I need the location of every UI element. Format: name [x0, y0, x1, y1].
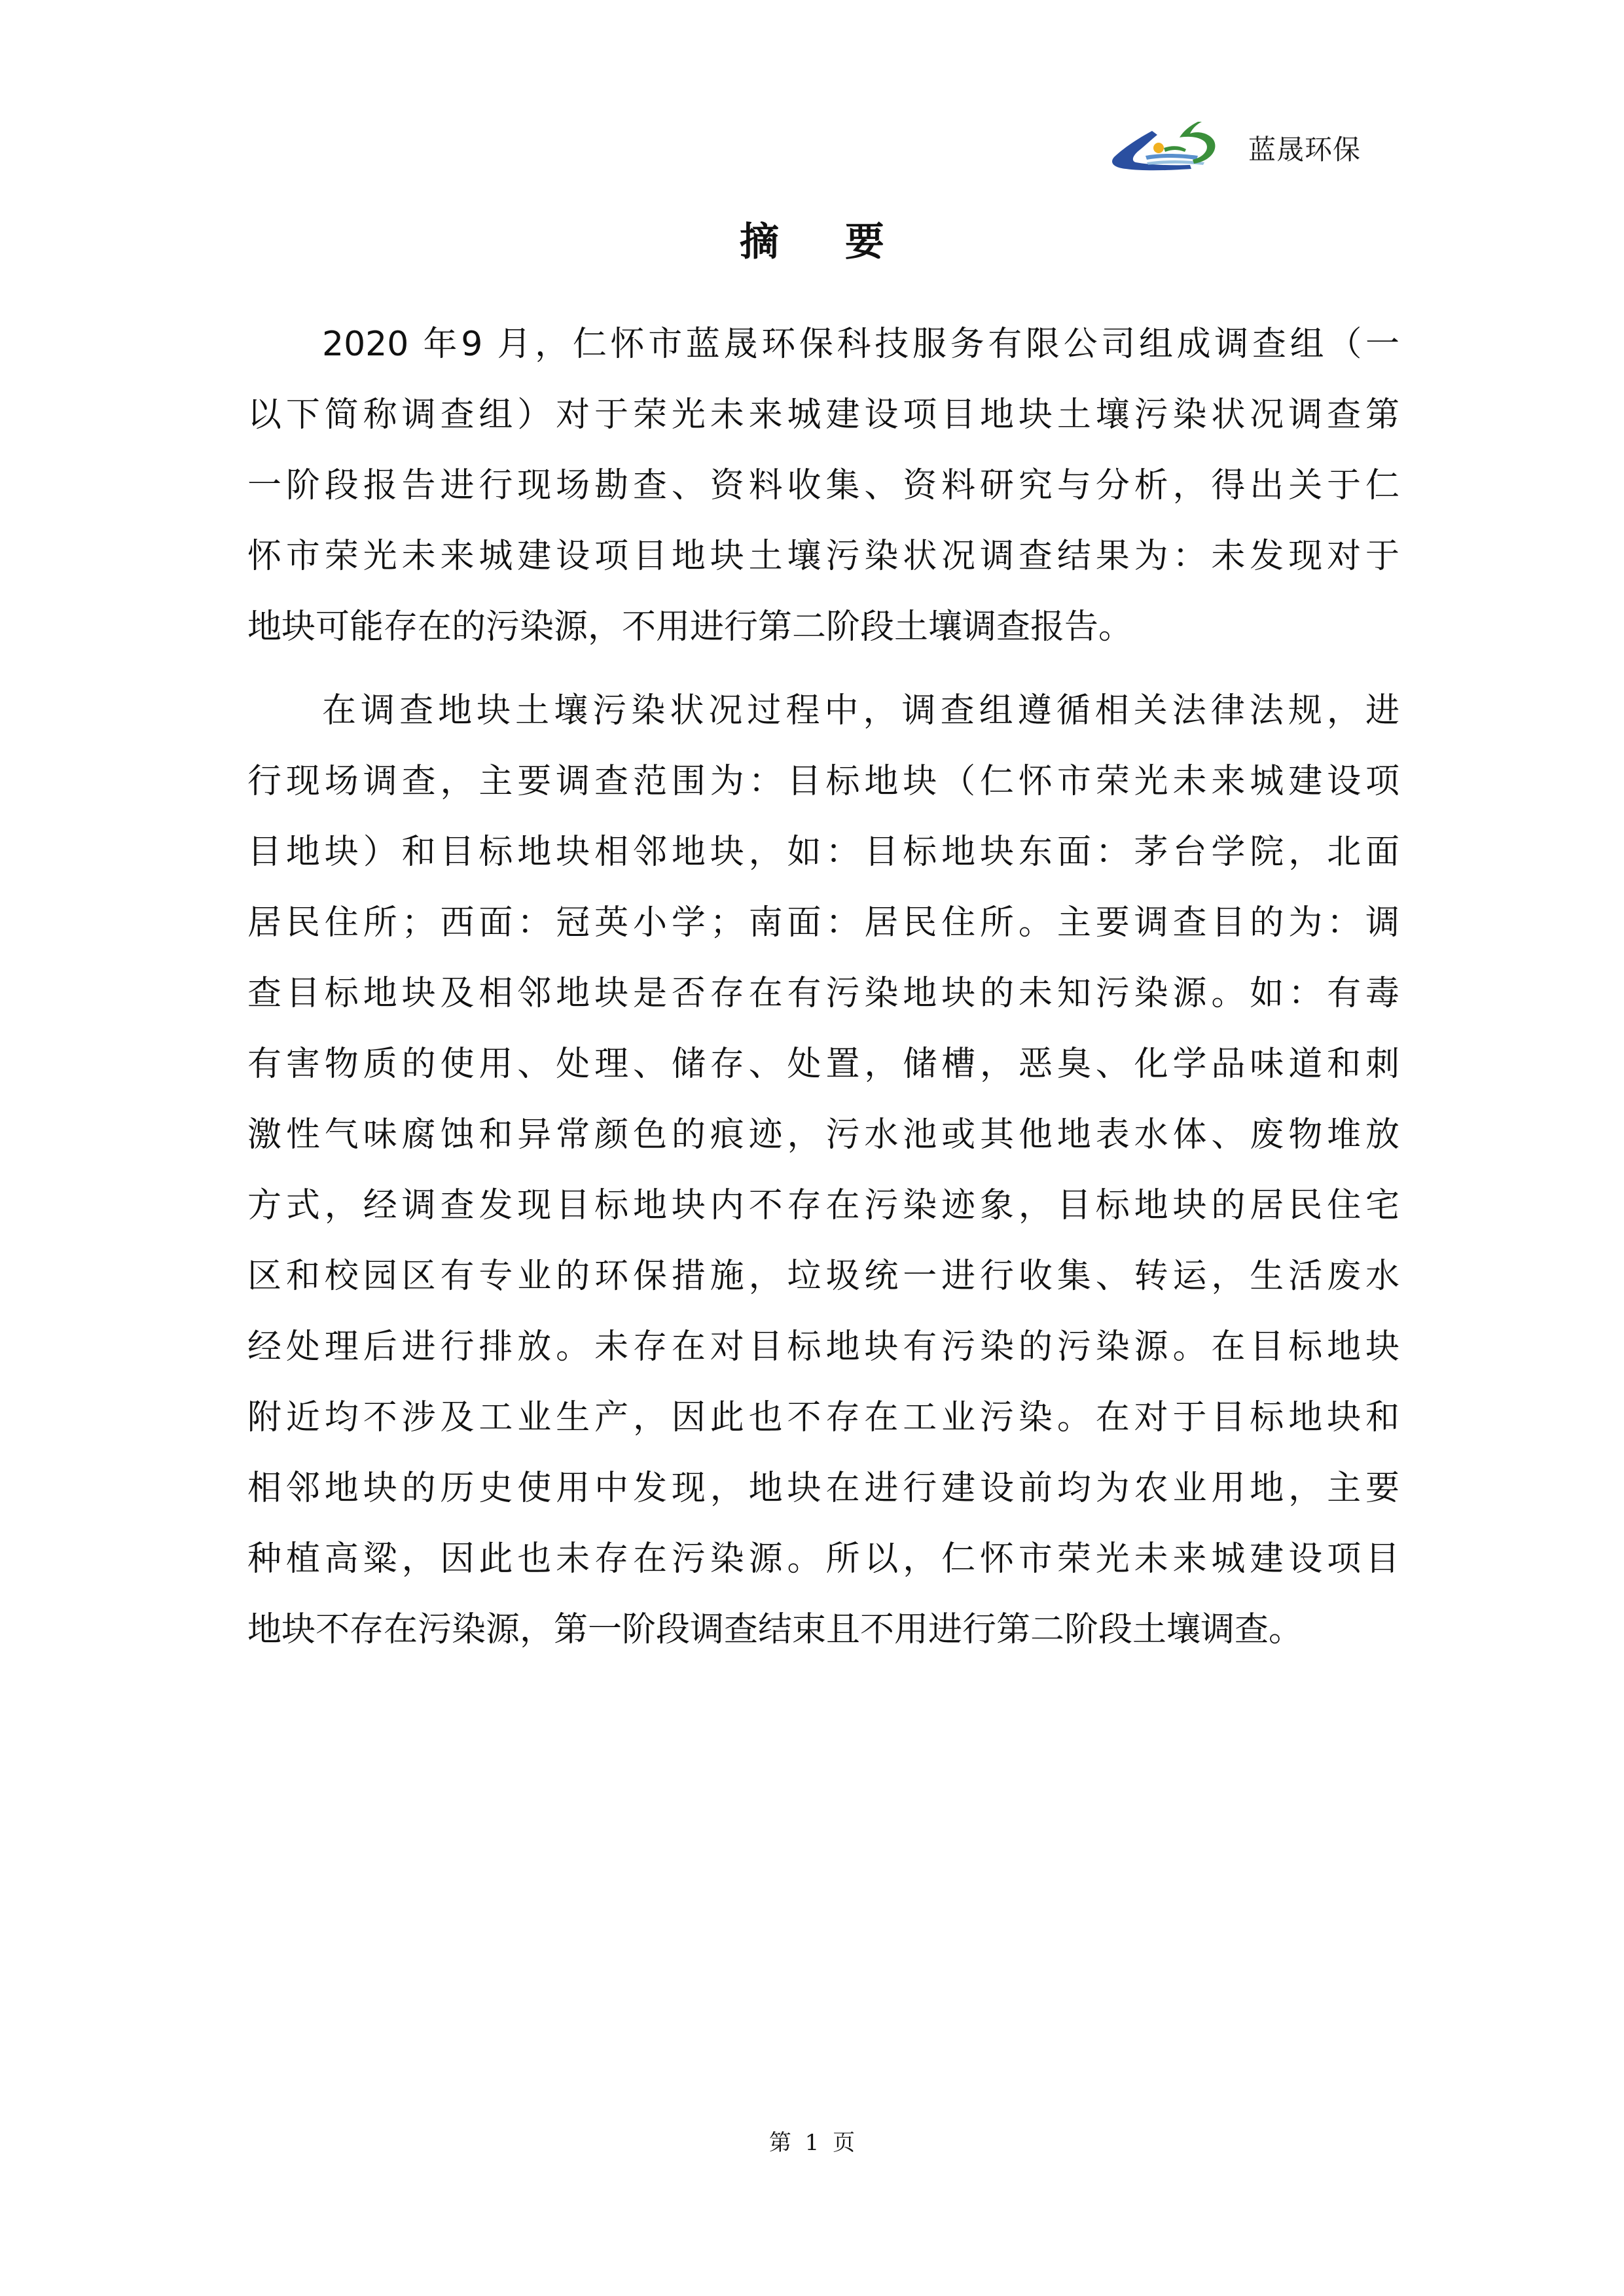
company-name: 蓝晟环保 [1248, 128, 1361, 168]
company-logo-icon [1106, 117, 1227, 179]
header-logo: 蓝晟环保 [1106, 117, 1460, 179]
text-line: 经处理后进行排放。未存在对目标地块有污染的污染源。在目标地块 [247, 1312, 1399, 1382]
text-line: 方式，经调查发现目标地块内不存在污染迹象，目标地块的居民住宅 [247, 1170, 1399, 1241]
text-line: 种植高粱，因此也未存在污染源。所以，仁怀市荣光未来城建设项目 [247, 1524, 1399, 1594]
text-line: 附近均不涉及工业生产，因此也不存在工业污染。在对于目标地块和 [247, 1382, 1399, 1453]
paragraph-2: 在调查地块土壤污染状况过程中，调查组遵循相关法律法规，进 行现场调查，主要调查范… [247, 675, 1399, 1665]
text-line: 怀市荣光未来城建设项目地块土壤污染状况调查结果为：未发现对于 [247, 521, 1399, 592]
text-line: 相邻地块的历史使用中发现，地块在进行建设前均为农业用地，主要 [247, 1453, 1399, 1524]
text-line: 居民住所；西面：冠英小学；南面：居民住所。主要调查目的为：调 [247, 888, 1399, 958]
text-line: 有害物质的使用、处理、储存、处置，储槽，恶臭、化学品味道和刺 [247, 1029, 1399, 1100]
text-line: 在调查地块土壤污染状况过程中，调查组遵循相关法律法规，进 [247, 675, 1399, 746]
text-line: 地块可能存在的污染源，不用进行第二阶段土壤调查报告。 [247, 592, 1399, 662]
text-line: 查目标地块及相邻地块是否存在有污染地块的未知污染源。如：有毒 [247, 958, 1399, 1029]
text-line: 2020 年9 月，仁怀市蓝晟环保科技服务有限公司组成调查组（一 [247, 309, 1399, 380]
text-line: 激性气味腐蚀和异常颜色的痕迹，污水池或其他地表水体、废物堆放 [247, 1100, 1399, 1170]
text-line: 一阶段报告进行现场勘查、资料收集、资料研究与分析，得出关于仁 [247, 450, 1399, 521]
text-line: 区和校园区有专业的环保措施，垃圾统一进行收集、转运，生活废水 [247, 1241, 1399, 1312]
page-title: 摘 要 [0, 211, 1624, 267]
document-body: 2020 年9 月，仁怀市蓝晟环保科技服务有限公司组成调查组（一 以下简称调查组… [247, 309, 1399, 1665]
page-number: 第 1 页 [0, 2125, 1624, 2157]
paragraph-1: 2020 年9 月，仁怀市蓝晟环保科技服务有限公司组成调查组（一 以下简称调查组… [247, 309, 1399, 662]
text-line: 以下简称调查组）对于荣光未来城建设项目地块土壤污染状况调查第 [247, 380, 1399, 450]
text-line: 行现场调查，主要调查范围为：目标地块（仁怀市荣光未来城建设项 [247, 746, 1399, 817]
text-line: 目地块）和目标地块相邻地块，如：目标地块东面：茅台学院，北面 [247, 817, 1399, 888]
text-line: 地块不存在污染源，第一阶段调查结束且不用进行第二阶段土壤调查。 [247, 1594, 1399, 1665]
